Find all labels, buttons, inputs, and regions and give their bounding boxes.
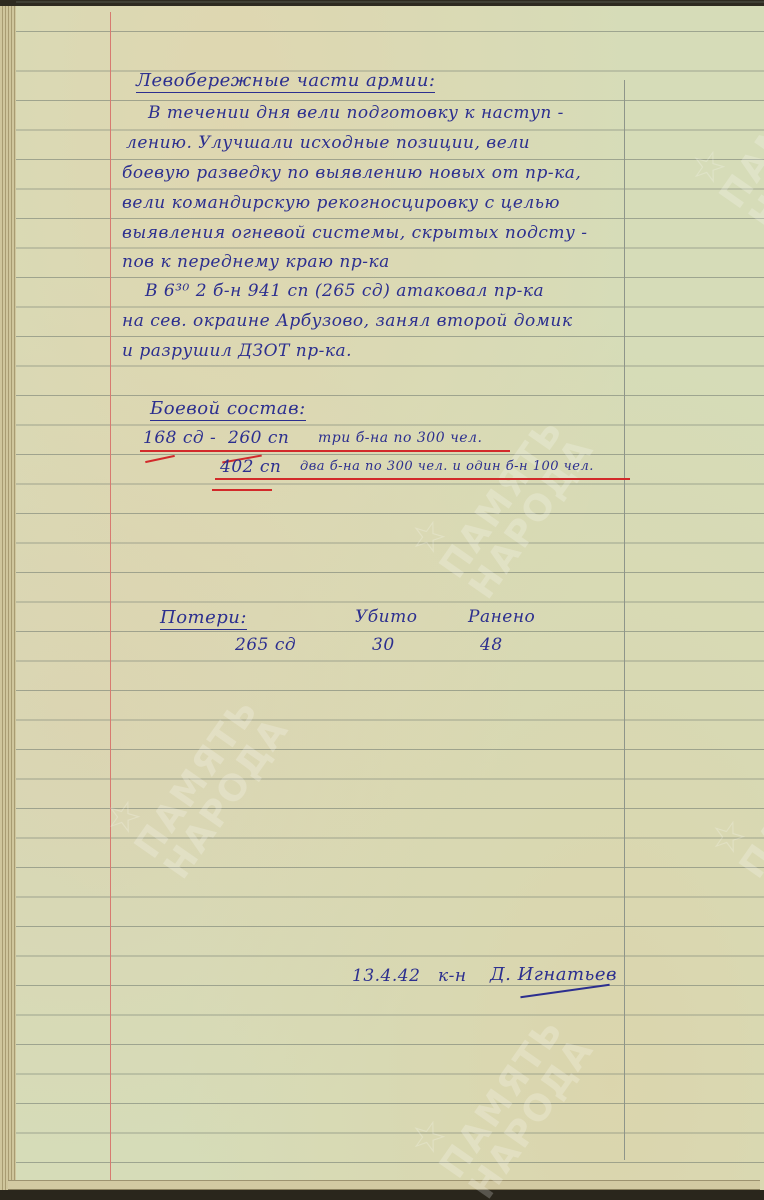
signature-date: 13.4.42	[352, 966, 420, 986]
section-heading-left-bank-units: Левобережные части армии:	[136, 70, 435, 93]
section-heading-combat-strength: Боевой состав:	[150, 398, 306, 421]
text-line: выявления огневой системы, скрытых подст…	[122, 223, 588, 243]
text-line: боевую разведку по выявлению новых от пр…	[122, 163, 581, 183]
combat-row-regiment: 260 сп	[228, 428, 289, 448]
red-margin-line	[110, 12, 111, 1190]
text-line: В 6³⁰ 2 б-н 941 сп (265 сд) атаковал пр-…	[145, 281, 544, 301]
combat-row-text: три б-на по 300 чел.	[318, 430, 482, 446]
losses-column-wounded: Ранено	[468, 607, 535, 627]
text-line: В течении дня вели подготовку к наступ -	[148, 103, 564, 123]
losses-column-killed: Убито	[355, 607, 417, 627]
stacked-bottom-edges	[8, 1180, 760, 1190]
combat-row-regiment: 402 сп	[220, 457, 281, 477]
right-margin-line	[624, 80, 625, 1160]
text-line: лению. Улучшали исходные позиции, вели	[126, 133, 530, 153]
document-page: ☆ ПАМЯТЬ НАРОДА ☆ ПАМЯТЬ НАРОДА ☆ ПАМЯТЬ…	[0, 0, 764, 1200]
losses-wounded-value: 48	[480, 635, 503, 655]
stacked-page-edges	[0, 6, 16, 1190]
red-underline	[140, 450, 510, 452]
combat-row-text: два б-на по 300 чел. и один б-н 100 чел.	[300, 459, 594, 474]
red-underline	[215, 478, 630, 480]
signature-name: Д. Игнатьев	[490, 964, 617, 985]
text-line: пов к переднему краю пр-ка	[122, 252, 390, 272]
text-line: на сев. окраине Арбузово, занял второй д…	[122, 311, 573, 331]
red-underline-mark	[212, 489, 272, 491]
text-line: и разрушил ДЗОТ пр-ка.	[122, 341, 352, 361]
signature-rank: к-н	[438, 966, 467, 986]
text-line: вели командирскую рекогносцировку с цель…	[122, 193, 560, 213]
combat-row-division: 168 сд -	[143, 428, 216, 448]
scan-bottom-edge	[0, 1190, 764, 1200]
losses-unit: 265 сд	[235, 635, 296, 655]
losses-killed-value: 30	[372, 635, 395, 655]
section-heading-losses: Потери:	[160, 607, 247, 630]
